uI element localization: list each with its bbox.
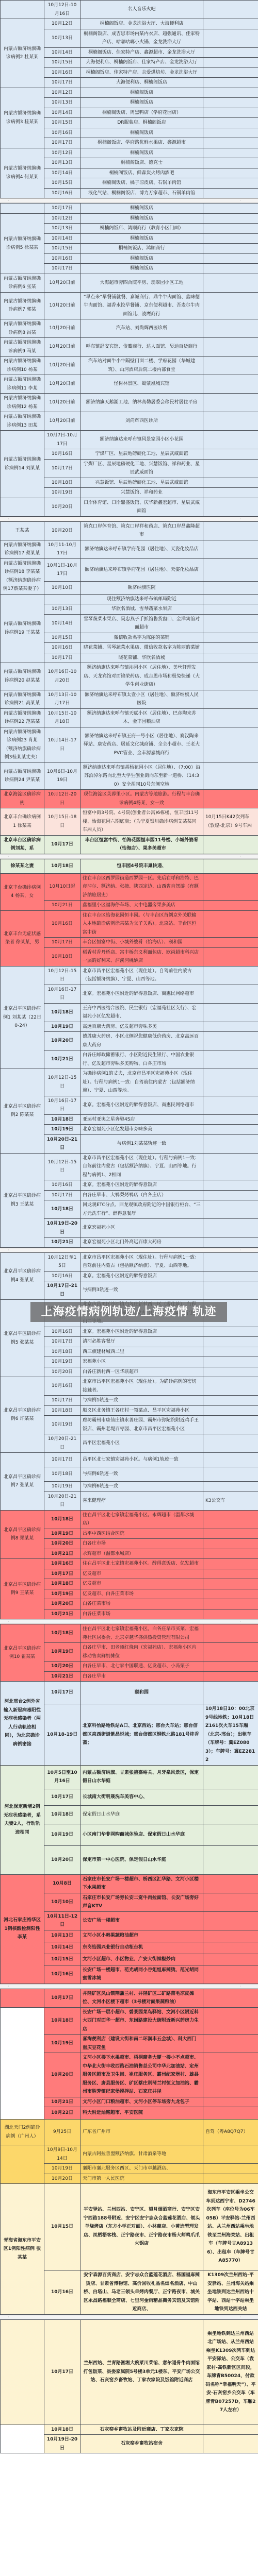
transport-cell bbox=[203, 859, 258, 873]
table-row: 北京昌平区确诊病例6 许某某10月16日北京市昌平区宏福苑小区（现住址）。为确诊… bbox=[1, 1377, 258, 1396]
date-cell: 10月16日 bbox=[44, 1327, 80, 1337]
date-cell: 10月19日 bbox=[44, 1416, 80, 1434]
table-row: 青海省海东市平安区1例阳性病例 张某某10月15日平安驿站、兰州西站、安宁区、望… bbox=[1, 2184, 258, 2270]
location-cell: 兴慧饭馆、星辰地磅硬化工地、星辰武威面馆 bbox=[80, 478, 203, 488]
transport-cell bbox=[203, 357, 258, 375]
case-cell: 北京海淀区确诊病例 bbox=[1, 790, 44, 808]
location-cell: 亚运村亚奥之星奔驰4S店 bbox=[80, 1114, 203, 1125]
date-cell bbox=[44, 594, 80, 604]
case-cell: 内蒙古额济纳旗确诊病例9 马某 bbox=[1, 338, 44, 357]
location-cell: 北京市昌平区宏福苑小区（现住址）。为确诊病例的密切接触者。 bbox=[80, 1377, 203, 1396]
location-cell: 为确诊病例1的丈夫，北京市昌平区宏福苑小区（现住址）。行程与病例1一致：自驾前往… bbox=[80, 1069, 203, 1096]
location-cell: 兰州西站、兰青路湘湘大碗菜川菜馆、意尔退骨牛肉面馆打包饭菜、县委家属院5号楼3单… bbox=[80, 2319, 203, 2425]
trajectory-table-page-7: 10月17日井陉矿区凤山镇荆蒲兰村、井陉矿区二矿路苗毛凉皮摊位、文河小区楼下超市… bbox=[0, 1989, 258, 2315]
transport-cell bbox=[203, 1219, 258, 1238]
location-cell: 桐楠阁饭店 bbox=[80, 128, 203, 138]
date-cell: 10月17日 bbox=[44, 1789, 80, 1805]
date-cell: 10月13日 bbox=[44, 604, 80, 615]
date-cell: 10月13日 bbox=[44, 1930, 80, 1942]
date-cell: 10月20日 bbox=[44, 2174, 80, 2184]
date-cell: 10月19日 bbox=[44, 1357, 80, 1367]
date-cell: 10月19日 bbox=[44, 1589, 80, 1599]
date-cell: 10月20日前 bbox=[44, 292, 80, 319]
transport-cell: 自驾（粤A8Q7Q7） bbox=[203, 2120, 258, 2145]
location-cell: 桐楠阁饭店 bbox=[80, 233, 203, 244]
transport-cell bbox=[203, 1539, 258, 1549]
date-cell: 10月15日 bbox=[44, 178, 80, 189]
location-cell: 怪树林景区、蜀蒙凰城宾馆 bbox=[80, 375, 203, 394]
date-cell: 10月15日-18日 bbox=[44, 808, 80, 836]
table-row: 北京丰台确诊病例4 杨某，女10月10日起住在丰台区西罗园街道西罗园一区。先后在… bbox=[1, 873, 258, 901]
date-cell: 10月21日 bbox=[44, 1238, 80, 1248]
date-cell: 10月6日-10月19日 bbox=[44, 762, 80, 790]
table-row: 10月17日井陉矿区凤山镇荆蒲兰村、井陉矿区二矿路苗毛凉皮摊位、文河小区楼下超市… bbox=[1, 1989, 258, 2007]
transport-cell bbox=[203, 1467, 258, 1482]
location-cell: 鑫福里小区福海停车场、大中电器旁果多美店 bbox=[80, 901, 203, 911]
case-cell: 北京丰台区确诊病例刘某，系 bbox=[1, 835, 44, 854]
table-row: 徐某某之妻10月18日恒丰园4号院丰巢快递、 bbox=[1, 859, 258, 873]
page-break bbox=[0, 854, 258, 859]
transport-cell bbox=[203, 394, 258, 412]
date-cell: 10月9日-10月14日 bbox=[44, 2145, 80, 2164]
date-cell: 10月12日 bbox=[44, 148, 80, 158]
transport-cell bbox=[203, 1367, 258, 1377]
case-cell: 内蒙古额济纳旗确诊病例3 桂某某 bbox=[1, 88, 44, 148]
transport-cell bbox=[203, 1989, 258, 2007]
transport-cell bbox=[203, 1824, 258, 1845]
table-row: 10月12日-10月16日 名人音乐火吧 bbox=[1, 1, 258, 19]
trajectory-document: 10月12日-10月16日 名人音乐火吧 内蒙古额济纳旗确诊病例2 杜某某 10… bbox=[0, 0, 258, 2453]
date-cell: 10月16日 bbox=[44, 1180, 80, 1191]
transport-cell bbox=[203, 1624, 258, 1643]
transport-cell bbox=[203, 253, 258, 264]
transport-cell bbox=[203, 1845, 258, 1874]
location-cell: 额济纳旗达来呼布镇王府一号小区（居住地）、赛汉陶来驿站、康安药店、居延文化城商铺… bbox=[80, 727, 203, 762]
date-cell: 10月17日 bbox=[44, 78, 80, 88]
transport-cell: 乘坐地铁到达兰州西站北广场站、从兰州西站乘坐K1309次列车到达平安驿站、公交车… bbox=[203, 2319, 258, 2425]
date-cell: 10月18日 bbox=[44, 1805, 80, 1824]
location-cell: 长安广场一层小超市、碧景园菜鸟驿站、文河小区附近科大西门对面华一超市、东岗路建设… bbox=[80, 2007, 203, 2035]
table-row: 北京昌平区确诊病例10 翟某某10月18日住在昌平区北七家镇宏福苑小区。白各庄早… bbox=[1, 1624, 258, 1643]
table-row: 北京昌平区确诊病例2 陈某某10月12日-15日为确诊病例1的丈夫，北京市昌平区… bbox=[1, 1069, 258, 1096]
location-cell: 住在丰台区西罗园街道西罗园一区。先后在呼和浩特、巴彦淖尔、额济纳、张掖、陕西定边… bbox=[80, 873, 203, 901]
location-cell: 大海便利店、桐楠阁饭店 bbox=[80, 78, 203, 88]
location-cell: 白各庄邮政储蓄银行、小区附近民生银行、中国农业银行、亿发超市旁味多美购物、白各庄… bbox=[80, 1050, 203, 1069]
location-cell: 广东省广州市 bbox=[80, 2120, 203, 2145]
case-cell: 内蒙古额济纳旗确诊病例24 尹某某 bbox=[1, 762, 44, 790]
location-cell: 石家庄市长安广场一楼超市、桥西区汇华路、文河小区楼下水果超市 bbox=[80, 1874, 203, 1893]
date-cell: 10月20日 bbox=[44, 498, 80, 516]
date-cell: 10月20日前 bbox=[44, 338, 80, 357]
transport-cell bbox=[203, 2107, 258, 2120]
location-cell: 亿发超市、白各庄菜市场 bbox=[80, 1589, 203, 1599]
date-cell: 10月17日 bbox=[44, 653, 80, 663]
transport-cell bbox=[203, 459, 258, 478]
date-cell: 10月14日-17日 bbox=[44, 727, 80, 762]
transport-cell bbox=[203, 1805, 258, 1824]
date-cell: 10月20日前 bbox=[44, 375, 80, 394]
table-row: 内蒙古额济纳旗确诊病例3 桂某某 10月12日桐楠阁饭店 bbox=[1, 88, 258, 98]
transport-cell bbox=[203, 1327, 258, 1337]
date-cell: 10月20日前 bbox=[44, 274, 80, 292]
date-cell: 10月16日 bbox=[44, 67, 80, 78]
date-cell: 10月21日 bbox=[44, 2097, 80, 2107]
location-cell: 桐楠阁饭店 bbox=[80, 213, 203, 224]
location-cell: 桐楠阁饭店 bbox=[80, 204, 203, 214]
case-cell: 北京昌平区确诊病例10 翟某某 bbox=[1, 1624, 44, 1682]
table-row: 内蒙古额济纳旗确诊病例20 赵某某10月16日-10月20日额济纳旗达来呼布镇沁… bbox=[1, 663, 258, 690]
location-cell: 恒富中街3号院、4号院(创业者公寓)6栋楼、恒丰园11号楼、怡海花园六期底商；（… bbox=[80, 808, 203, 836]
location-cell: 桐楠阁饭店 bbox=[80, 148, 203, 158]
location-cell: 现住海淀区芙蓉里小区。内蒙古等地旅游。行程与丰台确诊病例4杨某，女一致 bbox=[80, 790, 203, 808]
transport-cell bbox=[203, 488, 258, 498]
date-cell: 9月25日 bbox=[44, 2120, 80, 2145]
date-cell: 10月21日 bbox=[44, 901, 80, 911]
date-cell: 10月13日 bbox=[44, 158, 80, 168]
location-cell: 华欣名酒城、雪琴蔬菜水果店 bbox=[80, 604, 203, 615]
location-cell: 现住额济纳旗达来呼布镇邮局附近 bbox=[80, 594, 203, 604]
location-cell: 白各庄菜市场 bbox=[80, 1609, 203, 1619]
transport-cell bbox=[203, 292, 258, 319]
location-cell: 与病例6轨迹一致 bbox=[80, 1482, 203, 1492]
transport-cell bbox=[203, 138, 258, 148]
location-cell: 桐楠阁饭店、学府路优鲜水果店、鑫源超市 bbox=[80, 138, 203, 148]
date-cell: 10月19日 bbox=[44, 1824, 80, 1845]
transport-cell bbox=[203, 1589, 258, 1599]
case-cell: 内蒙古额济纳旗确诊病例21 高某某 bbox=[1, 690, 44, 708]
date-cell: 10月5日至10月16日 bbox=[44, 1765, 80, 1789]
date-cell: 10月16日 bbox=[44, 1965, 80, 1984]
transport-cell bbox=[203, 2145, 258, 2164]
date-cell: 10月18日 bbox=[44, 1347, 80, 1357]
date-cell: 10月12日至15日 bbox=[44, 1252, 80, 1271]
case-cell: 内蒙古额济纳旗确诊病例4 何某某 bbox=[1, 148, 44, 198]
transport-cell bbox=[203, 1549, 258, 1559]
table-row: 内蒙古额济纳旗确诊病例2 杜某某 10月12日 桐楠阁饭店、金龙洗浴大厅、大海便… bbox=[1, 19, 258, 29]
location-cell: 与病例1刘某某轨迹一致 bbox=[80, 1134, 203, 1153]
table-row: 北京昌平区确诊病例3 王某某10月12日-15日北京市昌平区宏福苑小区（现住址）… bbox=[1, 1153, 258, 1180]
transport-cell bbox=[203, 412, 258, 431]
location-cell: 桐楠阁饭店、成吉思市场内某内衣店、超强通讯、佳家特产店、咕嘟咕嘟小火锅、金龙洗浴… bbox=[80, 29, 203, 47]
date-cell: 10月17日 bbox=[44, 264, 80, 274]
location-cell: 雪琴蔬菜水果店、吴忠燕子手抓馆售货窗口、金洋宾馆对面超市 bbox=[80, 614, 203, 633]
transport-cell bbox=[203, 966, 258, 985]
table-row: 北京丰台确诊病例1 徐某某10月15日-18日恒富中街3号院、4号院(创业者公寓… bbox=[1, 808, 258, 836]
table-row: 北京昌平区确诊病例7 张某某10月17日昌平区北七家镇宏福苑小区。与病例1轨迹一… bbox=[1, 1453, 258, 1467]
case-cell: 北京昌平区确诊病例7 张某某 bbox=[1, 1453, 44, 1511]
transport-cell bbox=[203, 663, 258, 690]
location-cell: 汽车站、刘尚辉西医诊所 bbox=[80, 319, 203, 338]
location-cell: 白各庄新村西一区华联超市 bbox=[80, 1367, 203, 1377]
location-cell: 白各庄市场 bbox=[80, 1539, 203, 1549]
case-cell bbox=[1, 2319, 44, 2425]
transport-cell bbox=[203, 67, 258, 78]
case-cell: 内蒙古额济纳旗确诊病例18 李某某（额济纳旗确诊病例17蔡某某妻子） bbox=[1, 558, 44, 594]
table-row: 北京昌平区确诊病例9 王某某10月16日住在昌平区北七家镇宏福苑小区。醉得意饭店… bbox=[1, 1559, 258, 1569]
date-cell: 10月11-10月17日 bbox=[44, 540, 80, 558]
date-cell: 10月18日 bbox=[44, 947, 80, 966]
transport-cell bbox=[203, 224, 258, 234]
transport-cell bbox=[203, 1069, 258, 1096]
table-row: 10月17日兰州西站、兰青路湘湘大碗菜川菜馆、意尔退骨牛肉面馆打包饭菜、县委家属… bbox=[1, 2319, 258, 2425]
location-cell: 白各庄早市 bbox=[80, 1671, 203, 1682]
case-cell: 内蒙古额济纳旗确诊病例5 徐某某 bbox=[1, 213, 44, 274]
transport-cell bbox=[203, 98, 258, 108]
transport-cell bbox=[203, 1434, 258, 1453]
transport-cell bbox=[203, 643, 258, 653]
date-cell: 10月20日前 bbox=[44, 319, 80, 338]
date-cell: 10月15日 bbox=[44, 58, 80, 68]
date-cell: 10月16日 bbox=[44, 1377, 80, 1396]
location-cell: 额济纳旗医院 bbox=[80, 582, 203, 594]
transport-cell bbox=[203, 1609, 258, 1619]
date-cell: 10月16日 bbox=[44, 449, 80, 460]
location-cell: 口岸体育馆、口岸鼎盛饭馆、庆华新鑫宏超市、星辰武威面馆 bbox=[80, 498, 203, 516]
case-cell bbox=[1, 498, 44, 516]
transport-cell bbox=[203, 1271, 258, 1281]
transport-cell bbox=[203, 1281, 258, 1300]
date-cell: 10月15日 bbox=[44, 118, 80, 128]
page-break bbox=[0, 198, 258, 203]
date-cell: 10月17日 bbox=[44, 1682, 80, 1704]
date-cell: 10月10日起 bbox=[44, 873, 80, 901]
transport-cell bbox=[203, 2035, 258, 2053]
location-cell: 大海超市旁四合院平房、翡翠园小区工地 bbox=[80, 274, 203, 292]
date-cell: 10月21日 bbox=[44, 1549, 80, 1559]
transport-cell bbox=[203, 1671, 258, 1682]
date-cell: 10月20日-21日 bbox=[44, 1492, 80, 1510]
location-cell: 长安广场一楼超市、范光胡同小谷姐姐麻辣烫、范光胡同蜜雪冰城 bbox=[80, 1965, 203, 1984]
date-cell: 10月17日 bbox=[44, 835, 80, 854]
location-cell: 回龙观ETC分点、回龙观镇政府附近的中国银行柜台、“三方元洗车行”、醉得意餐厅 bbox=[80, 1200, 203, 1219]
date-cell: 10月19日 bbox=[44, 2164, 80, 2174]
location-cell: 颐和园 bbox=[80, 1682, 203, 1704]
location-cell: 喜来健理疗 bbox=[80, 1492, 203, 1510]
transport-cell bbox=[203, 582, 258, 594]
date-cell: 10月22日 bbox=[44, 2107, 80, 2120]
location-cell: 额济纳旗达来呼布镇天赋小区（居住地）、巴彦陶来苏木、金丰园粮油店 bbox=[80, 708, 203, 727]
location-cell: 永辉超市（温都水城店） bbox=[80, 1549, 203, 1559]
transport-cell bbox=[203, 910, 258, 938]
location-cell: 昌平区宏福苑小区 bbox=[80, 1434, 203, 1453]
case-cell: 内蒙古额济纳旗确诊病例10 杨某 bbox=[1, 357, 44, 375]
date-cell: 10月17日 bbox=[44, 1190, 80, 1200]
location-cell: 住在丰台区怡海花园恒丰园。（与丰台区首例京外关联输入本地确诊病例徐某某为父子关系… bbox=[80, 910, 203, 938]
transport-cell bbox=[203, 947, 258, 966]
date-cell: 10月17日 bbox=[44, 204, 80, 214]
trajectory-table-page-3: 王某某10月20日策克口岸体育馆、策克口岸祥和药店、策克口岸昌鑫隆超市 内蒙古额… bbox=[0, 521, 258, 854]
location-cell: 额济纳旗达来呼布镇沁园小区（居住地）、美丝轩理发店、天龙宾馆对面锦荣药店、成吉思… bbox=[80, 663, 203, 690]
location-cell: 北京市昌平区宏福苑小区（现住址）。行程与病例1一致：自驾前往内蒙古（包括额济纳旗… bbox=[80, 1153, 203, 1180]
transport-cell bbox=[203, 614, 258, 633]
date-cell: 10月19日 bbox=[44, 1022, 80, 1032]
table-row: 内蒙古额济纳旗确诊病例18 李某某（额济纳旗确诊病例17蔡某某妻子）10月1日-… bbox=[1, 558, 258, 582]
location-cell: 文河小区门口粮油超市、文河小区停车场旁九龙包子 bbox=[80, 2097, 203, 2107]
location-cell: 宏福苑小区 bbox=[80, 1357, 203, 1367]
transport-cell bbox=[203, 478, 258, 488]
transport-cell bbox=[203, 1559, 258, 1569]
location-cell: 北京市昌平区宏福苑小区（现住址）。行程与病例1一致：自驾前往内蒙古（包括额济纳旗… bbox=[80, 1252, 203, 1271]
transport-cell bbox=[203, 1765, 258, 1789]
location-cell: 晓花菜铺、雪琴蔬菜水果店、微信收款名字为陈丽的菜铺 bbox=[80, 643, 203, 653]
date-cell: 10月19日 bbox=[44, 488, 80, 498]
location-cell: 内蒙古额济纳旗、甘肃张掖嘉峪关、月牙泉风景区，保定假日山水华庭 bbox=[80, 1765, 203, 1789]
location-cell: 保定市第一中心医院、保定假日山水华庭 bbox=[80, 1845, 203, 1874]
case-cell: 内蒙古额济纳旗确诊病例22 范某某 bbox=[1, 708, 44, 727]
location-cell: 桐楠阁饭店、橘子凉皮店、石锅羊肉馆 bbox=[80, 178, 203, 189]
transport-cell bbox=[203, 1954, 258, 1965]
location-cell: 石灰窑乡畜牧站宿舍 bbox=[80, 2435, 203, 2453]
transport-cell bbox=[203, 1396, 258, 1406]
transport-cell bbox=[203, 244, 258, 254]
location-cell: 襄阳市襄北服务区西区、天门市卓越酒店、 bbox=[80, 2164, 203, 2174]
transport-cell bbox=[203, 1789, 258, 1805]
date-cell: 10月20日前 bbox=[44, 394, 80, 412]
location-cell: 安宁森源百货商店、安宁志众合蓝莲花酒店、杨国福麻辣烫店、甘肃省博物馆、高价回收礼… bbox=[80, 2270, 203, 2315]
transport-cell bbox=[203, 178, 258, 189]
transport-cell bbox=[203, 633, 258, 643]
table-row: 内蒙古额济纳旗确诊病例5 徐某某10月12日桐楠阁饭店 bbox=[1, 213, 258, 224]
transport-cell bbox=[203, 118, 258, 128]
transport-cell bbox=[203, 168, 258, 178]
transport-cell bbox=[203, 1942, 258, 1954]
table-row: 内蒙古额济纳旗确诊病例19 王某某现住额济纳旗达来呼布镇邮局附近 bbox=[1, 594, 258, 604]
location-cell: 喜淘便利店（建设大街和南二环润丰五金城）、科大西门重庆豆花鱼 bbox=[80, 2035, 203, 2053]
location-cell: 北京市昌平区宏福苑小区（现住址）。自驾前往内蒙古（包括额济纳旗）、宁夏、山西等地… bbox=[80, 966, 203, 985]
location-cell: 住在昌平区北七家镇宏福苑小区。白各庄早市买菜、宏福苑社区居委会、北京卓越华盛供热… bbox=[80, 1624, 203, 1643]
table-row: 河北保定新增2例无症状感染者，系夫妻2人，行动轨迹相同10月5日至10月16日内… bbox=[1, 1765, 258, 1789]
location-cell: 微信收款名字为陈丽的菜铺 bbox=[80, 633, 203, 643]
transport-cell bbox=[203, 233, 258, 244]
date-cell: 10月12日-10月16日 bbox=[44, 1, 80, 19]
location-cell: 北京宏福苑小区 bbox=[80, 1219, 203, 1238]
case-cell: 内蒙古额济纳旗确诊病例13 田某 bbox=[1, 412, 44, 431]
table-row: 内蒙古额济纳旗确诊病例21 高某某10月13日-10月17日额济纳旗达来呼布镇太… bbox=[1, 690, 258, 708]
case-cell: 内蒙古额济纳旗确诊病例11 李某 bbox=[1, 375, 44, 394]
location-cell: 住在昌平区北七家镇宏福苑小区。永辉超市（温都水城店） bbox=[80, 1510, 203, 1529]
table-row: 王某某10月20日策克口岸体育馆、策克口岸祥和药店、策克口岸昌鑫隆超市 bbox=[1, 521, 258, 540]
case-cell: 内蒙古额济纳旗确诊病例7 郭某 bbox=[1, 292, 44, 319]
page-break bbox=[0, 2315, 258, 2319]
transport-cell bbox=[203, 78, 258, 88]
table-row: 10月17日桐楠阁饭店 bbox=[1, 204, 258, 214]
location-cell: 额济纳旗达来呼布镇胡杨花园小区（居住地）、（7:00）沿苏泊淖尔路向北至大学生创… bbox=[80, 762, 203, 790]
location-cell: 亿发超市 bbox=[80, 1569, 203, 1579]
case-cell: 北京昌平区确诊病例2 陈某某 bbox=[1, 1069, 44, 1154]
location-cell: 石家庄市长安广场旁长安二宽牛肉拉面馆、长安广场旁好声音KTV bbox=[80, 1893, 203, 1911]
date-cell: 10月20日-21日 bbox=[44, 1134, 80, 1153]
location-cell: 与病例3轨迹一致 bbox=[80, 1281, 203, 1300]
transport-cell bbox=[203, 158, 258, 168]
table-row: 河北石家庄裕华区1例核酸检测阳性 李某10月8日石家庄市长安广场一楼超市、桥西区… bbox=[1, 1874, 258, 1893]
trajectory-table-page-8: 10月17日兰州西站、兰青路湘湘大碗菜川菜馆、意尔退骨牛肉面馆打包饭菜、县委家属… bbox=[0, 2319, 258, 2454]
transport-cell bbox=[203, 204, 258, 214]
date-cell: 10月19日 bbox=[44, 2035, 80, 2053]
date-cell: 10月16日-17日 bbox=[44, 1096, 80, 1114]
location-cell: 额济纳旗达来呼布镇太壹小区（居住地）、额济纳旗人民医院 bbox=[80, 690, 203, 708]
page-break bbox=[0, 1619, 258, 1624]
location-cell: 呼布镇舒安宾馆、俊鹰商行、达人面馆、昊迪百货商行 bbox=[80, 338, 203, 357]
location-cell: 额济纳旗达来呼布镇风景家园小区小花园 bbox=[80, 431, 203, 449]
date-cell: 10月12日 bbox=[44, 213, 80, 224]
location-cell: 桐楠阁饭店、鸿顺商行 bbox=[80, 244, 203, 254]
transport-cell bbox=[203, 1003, 258, 1022]
location-cell: 北京。宏福苑小区附近的醉得意饭店、商惠民网络超市 bbox=[80, 1096, 203, 1114]
location-cell: 桐楠阁饭店 bbox=[80, 264, 203, 274]
transport-cell bbox=[203, 29, 258, 47]
location-cell: 汽车站对面牛小牛隔壁门面二楼、学府花园（华城建筑）、山河酒店后院二楼内部食堂 bbox=[80, 357, 203, 375]
location-cell: 桐楠阁饭店、周黑鸭店（学府花园店） bbox=[80, 108, 203, 118]
date-cell: 10月19日-20日 bbox=[44, 2435, 80, 2453]
transport-cell bbox=[203, 319, 258, 338]
location-cell: 刘尚辉西医诊所 bbox=[80, 412, 203, 431]
location-cell: 廊坊霸州市康仙庄镇永善庄园、霸州市弥陀院附近鸡手王饭店、霸州老堤百枣园、北京市昌… bbox=[80, 1416, 203, 1434]
location-cell: “早点来”早餐铺就餐、嘉诚商行、鼎牛牛肉面馆、鑫味德牛肉面馆、福香水饺早餐铺、京… bbox=[80, 292, 203, 319]
transport-cell bbox=[203, 148, 258, 158]
transport-cell bbox=[203, 2007, 258, 2035]
table-row: 内蒙古额济纳旗确诊病例23 肖某（额济纳旗确诊病例3桂某某丈夫）10月14日-1… bbox=[1, 727, 258, 762]
transport-cell: 10月18日10：00北京9号线地铁；10月18日Z161次火车15车厢（北京-… bbox=[203, 1704, 258, 1766]
date-cell: 10月15日 bbox=[44, 2184, 80, 2270]
date-cell: 10月18日 bbox=[44, 1467, 80, 1482]
location-cell: 额济纳旗达来呼布镇学府花园（居住地）、天姿化妆品店 bbox=[80, 558, 203, 582]
location-cell: 内蒙古阿拉善盟额济纳旗、甘肃酒泉等地 bbox=[80, 2145, 203, 2164]
date-cell: 10月18-19日 bbox=[44, 1704, 80, 1766]
table-row: 10月20日口岸体育馆、口岸鼎盛饭馆、庆华新鑫宏超市、星辰武威面馆 bbox=[1, 498, 258, 516]
date-cell: 10月20日 bbox=[44, 1662, 80, 1672]
table-row: 10月18日石灰窑乡畜牧站及附近商店、丁家农家院 bbox=[1, 2425, 258, 2435]
location-cell: 保定假日山水华庭 bbox=[80, 1805, 203, 1824]
table-row: 内蒙古额济纳旗确诊病例24 尹某某10月6日-10月19日额济纳旗达来呼布镇胡杨… bbox=[1, 762, 258, 790]
table-row: 内蒙古额济纳旗确诊病例6 张某10月20日前大海超市旁四合院平房、翡翠园小区工地 bbox=[1, 274, 258, 292]
date-cell: 10月18日 bbox=[44, 2007, 80, 2035]
transport-cell bbox=[203, 375, 258, 394]
transport-cell bbox=[203, 1050, 258, 1069]
date-cell: 10月15日 bbox=[44, 244, 80, 254]
location-cell: 白各庄菜市场 bbox=[80, 1599, 203, 1609]
case-cell: 内蒙古额济纳旗确诊病例6 张某 bbox=[1, 274, 44, 292]
date-cell: 10月21日 bbox=[44, 1609, 80, 1619]
location-cell: 桐楠阁饭店、鸿顺商行（教育小区门面） bbox=[80, 224, 203, 234]
date-cell: 10月12日 bbox=[44, 88, 80, 98]
transport-cell bbox=[203, 1200, 258, 1219]
date-cell: 10月18日 bbox=[44, 859, 80, 873]
transport-cell bbox=[203, 128, 258, 138]
transport-cell bbox=[203, 835, 258, 854]
case-cell: 内蒙古额济纳旗确诊病例8 吕某 bbox=[1, 319, 44, 338]
location-cell: 名人音乐火吧 bbox=[80, 1, 203, 19]
table-row: 北京昌平区确诊病例8 郑某某10月18日住在昌平区北七家镇宏福苑小区。永辉超市（… bbox=[1, 1510, 258, 1529]
page-break bbox=[0, 1248, 258, 1252]
date-cell: 10月17日 bbox=[44, 1569, 80, 1579]
transport-cell bbox=[203, 1190, 258, 1200]
transport-cell bbox=[203, 1377, 258, 1396]
location-cell: 额济纳旗达来呼布镇学府花园（居住地）、天姿化妆品店 bbox=[80, 540, 203, 558]
transport-cell bbox=[203, 1096, 258, 1114]
transport-cell bbox=[203, 1874, 258, 1893]
date-cell: 10月14日 bbox=[44, 233, 80, 244]
location-cell: 王府中西医结合医院、民生银行（宏福苑社区支行）、宏福苑小区亿发超市、 bbox=[80, 1003, 203, 1022]
date-cell: 10月14日 bbox=[44, 168, 80, 178]
location-cell: 北京。宏福苑小区附近的醉得意饭店 bbox=[80, 1327, 203, 1337]
location-cell: 平安驿站、兰州西站、安宁区、望月烟酒商行、安宁区安宁西路188号附近、安宁区安宁… bbox=[80, 2184, 203, 2270]
location-cell: 北京宏福苑小区北门外高远百康大药房 bbox=[80, 1238, 203, 1248]
table-row: 内蒙古额济纳旗确诊病例4 何某某 10月12日桐楠阁饭店 bbox=[1, 148, 258, 158]
date-cell: 10月10日 bbox=[44, 1893, 80, 1911]
location-cell: 宁煤厂区、星辰地磅硬化工地、兴慧饭馆、祥和药业、星辰武威面馆 bbox=[80, 459, 203, 478]
date-cell: 10月20日 bbox=[44, 1032, 80, 1050]
location-cell: 桐楠阁饭店、佳家特产店、志爱烘焙坊、金龙洗浴大厅 bbox=[80, 67, 203, 78]
